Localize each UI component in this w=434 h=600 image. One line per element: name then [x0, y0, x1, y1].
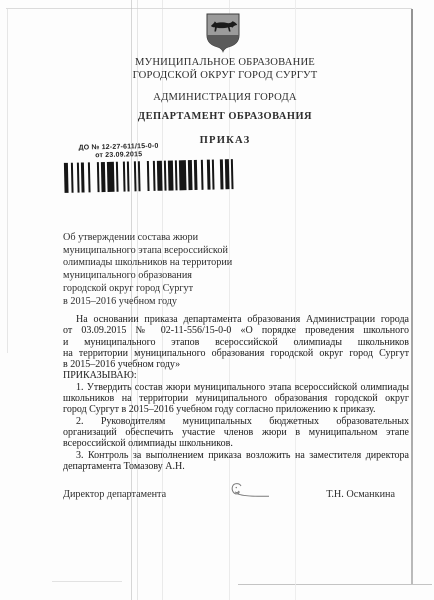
subject-line: муниципального образования [63, 270, 309, 283]
paper-left-edge [7, 8, 8, 353]
scanned-order-page: МУНИЦИПАЛЬНОЕ ОБРАЗОВАНИЕ ГОРОДСКОЙ ОКРУ… [0, 0, 434, 600]
paper-bottom-edge [238, 584, 432, 585]
handwritten-signature-icon [227, 480, 275, 509]
body-line: департамента Томазову А.Н. [63, 461, 409, 472]
body-line: школьников на территории муниципального … [63, 393, 409, 404]
department-line: ДЕПАРТАМЕНТ ОБРАЗОВАНИЯ [40, 111, 410, 122]
subject-line: городской округ город Сургут [63, 283, 309, 296]
subject-block: Об утверждении состава жюри муниципально… [63, 232, 309, 308]
administration-line: АДМИНИСТРАЦИЯ ГОРОДА [40, 92, 410, 103]
body-line: и муниципального этапов всероссийской ол… [63, 337, 409, 348]
order-body: На основании приказа департамента образо… [63, 314, 409, 472]
coat-of-arms-icon [203, 11, 243, 58]
barcode [64, 159, 235, 193]
subject-line: олимпиады школьников на территории [63, 257, 309, 270]
paper-top-edge [6, 8, 412, 9]
subject-line: муниципального этапа всероссийской [63, 245, 309, 258]
body-line: 2. Руководителям муниципальных бюджетных… [63, 416, 409, 427]
body-line: на территории муниципального образования… [63, 348, 409, 359]
body-line: На основании приказа департамента образо… [63, 314, 409, 325]
paper-bottom-edge-faint [52, 581, 122, 582]
subject-line: в 2015–2016 учебном году [63, 296, 309, 309]
registration-stamp: ДО № 12-27-611/15-0-0 от 23.09.2015 [55, 141, 242, 193]
resolve-word: ПРИКАЗЫВАЮ: [63, 370, 409, 381]
body-line: 3. Контроль за выполнением приказа возло… [63, 450, 409, 461]
subject-line: Об утверждении состава жюри [63, 232, 309, 245]
org-name-line2: ГОРОДСКОЙ ОКРУГ ГОРОД СУРГУТ [40, 70, 410, 81]
signer-position: Директор департамента [63, 489, 166, 500]
stamp-date: от 23.09.2015 [56, 150, 182, 160]
body-line: организаций обеспечить участие членов жю… [63, 427, 409, 438]
body-line: в 2015–2016 учебном году» [63, 359, 409, 370]
signer-name: Т.Н. Османкина [326, 489, 395, 500]
paper-right-edge [411, 9, 413, 585]
org-name-line1: МУНИЦИПАЛЬНОЕ ОБРАЗОВАНИЕ [40, 57, 410, 68]
body-line: 1. Утвердить состав жюри муниципального … [63, 382, 409, 393]
body-line: город Сургут в 2015–2016 учебном году со… [63, 404, 409, 415]
body-line: от 03.09.2015 № 02-11-556/15-0-0 «О поря… [63, 325, 409, 336]
body-line: всероссийской олимпиады школьников. [63, 438, 409, 449]
